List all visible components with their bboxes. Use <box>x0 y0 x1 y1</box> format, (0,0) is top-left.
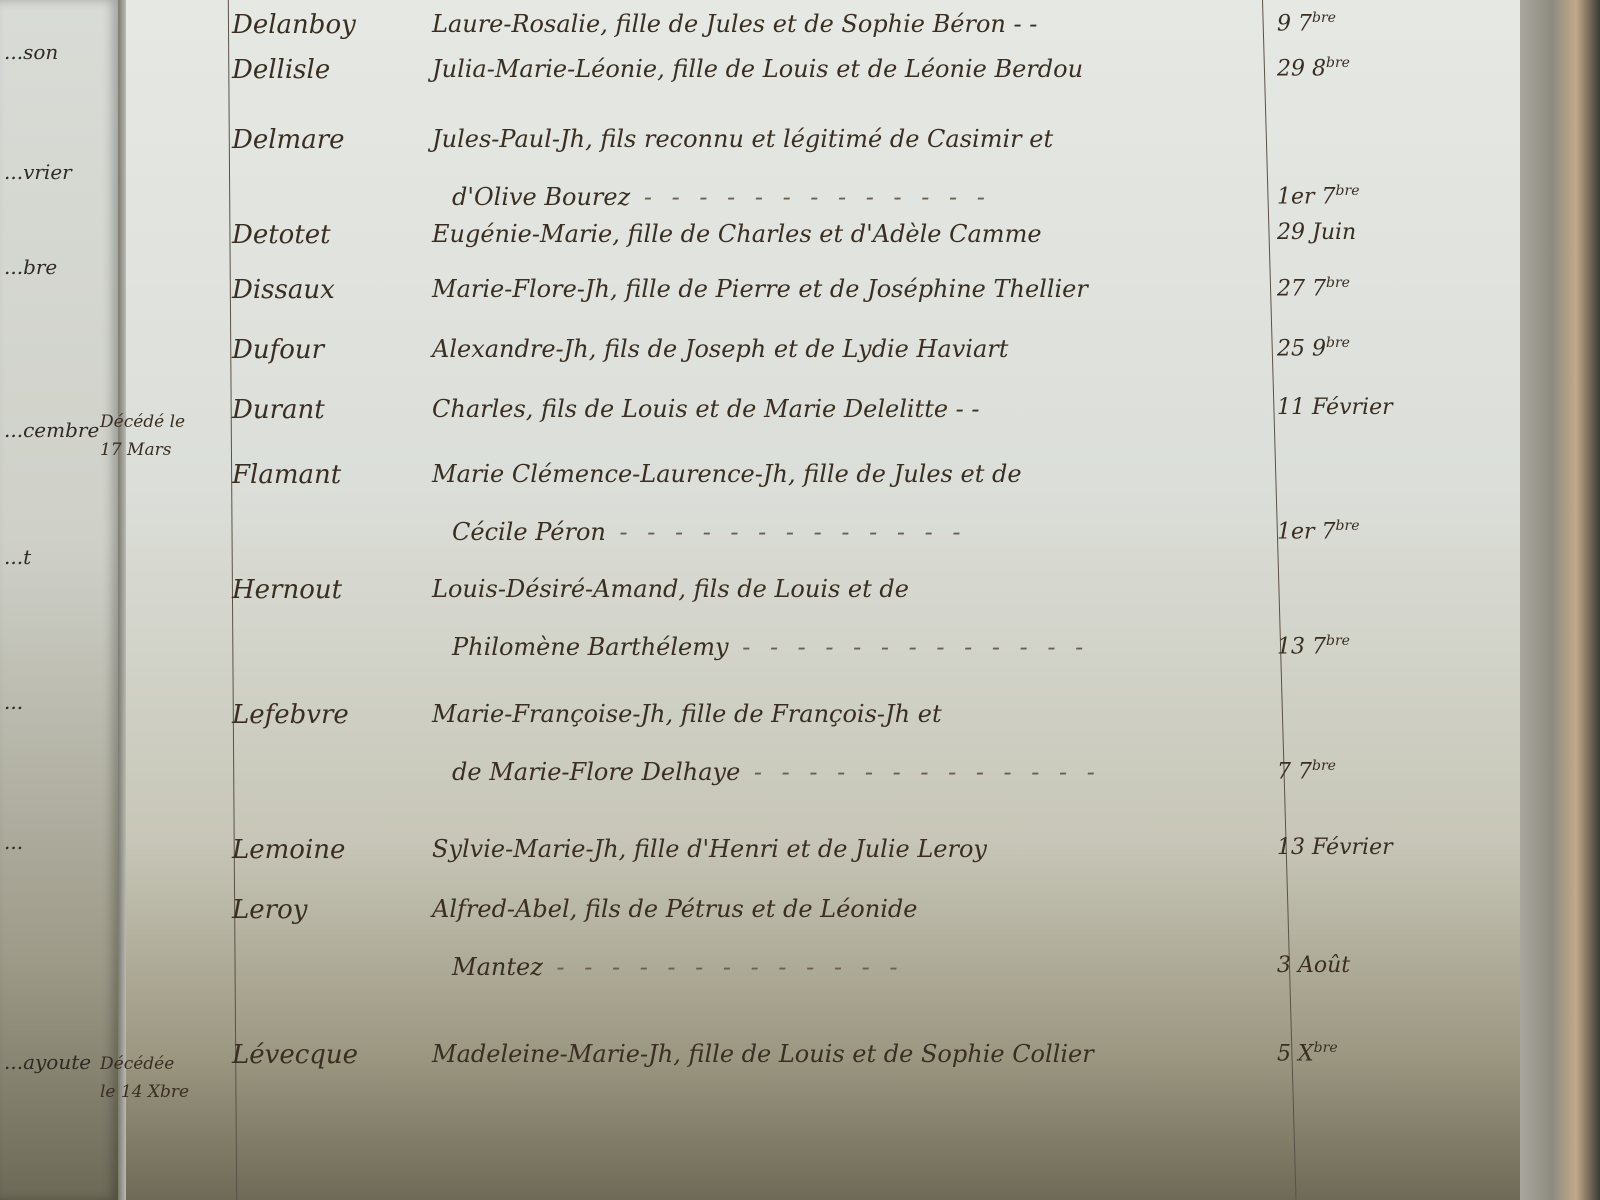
left-page-fragment: ... <box>4 830 23 854</box>
date-day: 13 <box>1277 835 1305 860</box>
left-page-fragment: ...t <box>4 545 31 569</box>
entry-date: 5 Xbre <box>1277 1040 1477 1066</box>
date-month: Juin <box>1312 220 1356 245</box>
entry-surname: Lemoine <box>232 835 422 865</box>
date-month: 7 <box>1322 184 1336 209</box>
entry-given-names: Alexandre-Jh, fils de Joseph et de Lydie… <box>432 335 1232 363</box>
entry-surname: Detotet <box>232 220 422 250</box>
date-day: 5 <box>1277 1041 1291 1066</box>
entry-given-names: Marie Clémence-Laurence-Jh, fille de Jul… <box>432 460 1232 488</box>
book-gutter <box>118 0 126 1200</box>
date-month-suffix: bre <box>1326 55 1350 71</box>
date-month: Février <box>1312 395 1393 420</box>
entry-date: 29 8bre <box>1277 55 1477 81</box>
entry-surname: Flamant <box>232 460 422 490</box>
entry-surname: Lefebvre <box>232 700 422 730</box>
left-page-fragment: ...bre <box>4 255 57 279</box>
date-day: 25 <box>1277 336 1305 361</box>
entry-continuation: Mantez - - - - - - - - - - - - - <box>452 953 903 981</box>
entry-date: 7 7bre <box>1277 758 1477 784</box>
margin-note: Décédé le17 Mars <box>100 408 210 464</box>
date-month-suffix: bre <box>1336 183 1360 199</box>
entry-date: 1er 7bre <box>1277 518 1477 544</box>
dashed-filler: - - - - - - - - - - - - - <box>630 183 991 211</box>
entry-given-names: Alfred-Abel, fils de Pétrus et de Léonid… <box>432 895 1232 923</box>
date-day: 13 <box>1277 634 1305 659</box>
margin-note-line: 17 Mars <box>100 436 210 464</box>
entry-date: 9 7bre <box>1277 10 1477 36</box>
left-page-fragment: ... <box>4 690 23 714</box>
date-month: 8 <box>1312 56 1326 81</box>
entry-given-names: Marie-Flore-Jh, fille de Pierre et de Jo… <box>432 275 1232 303</box>
date-month: Août <box>1298 953 1350 978</box>
entry-given-names: Jules-Paul-Jh, fils reconnu et légitimé … <box>432 125 1232 153</box>
date-day: 7 <box>1277 759 1291 784</box>
entry-given-names: Louis-Désiré-Amand, fils de Louis et de <box>432 575 1232 603</box>
dashed-filler: - - - - - - - - - - - - - <box>740 758 1101 786</box>
left-page-fragment: ...cembre <box>4 418 99 442</box>
date-day: 9 <box>1277 11 1291 36</box>
date-month: 7 <box>1312 634 1326 659</box>
date-month-suffix: bre <box>1326 633 1350 649</box>
date-month: X <box>1298 1041 1314 1066</box>
entry-continuation: de Marie-Flore Delhaye - - - - - - - - -… <box>452 758 1101 786</box>
entry-surname: Delanboy <box>232 10 422 40</box>
entry-date: 13 7bre <box>1277 633 1477 659</box>
date-day: 1er <box>1277 519 1315 544</box>
entry-given-names: Marie-Françoise-Jh, fille de François-Jh… <box>432 700 1232 728</box>
date-month: 7 <box>1298 759 1312 784</box>
left-page-fragment: ...ayoute <box>4 1050 91 1074</box>
entry-given-names: Charles, fils de Louis et de Marie Delel… <box>432 395 1232 423</box>
date-month: 7 <box>1312 276 1326 301</box>
entry-continuation-text: de Marie-Flore Delhaye <box>452 758 740 786</box>
entry-continuation: Philomène Barthélemy - - - - - - - - - -… <box>452 633 1089 661</box>
date-month-suffix: bre <box>1312 10 1336 26</box>
margin-note-line: Décédée <box>100 1050 210 1078</box>
entry-surname: Dufour <box>232 335 422 365</box>
date-day: 3 <box>1277 953 1291 978</box>
entry-continuation-text: Philomène Barthélemy <box>452 633 729 661</box>
entry-given-names: Sylvie-Marie-Jh, fille d'Henri et de Jul… <box>432 835 1232 863</box>
left-page-fragment: ...son <box>4 40 58 64</box>
margin-note-line: le 14 Xbre <box>100 1078 210 1106</box>
date-month-suffix: bre <box>1312 758 1336 774</box>
entry-surname: Leroy <box>232 895 422 925</box>
entry-given-names: Julia-Marie-Léonie, fille de Louis et de… <box>432 55 1232 83</box>
date-day: 11 <box>1277 395 1305 420</box>
entry-date: 13 Février <box>1277 835 1477 860</box>
entry-date: 27 7bre <box>1277 275 1477 301</box>
dashed-filler: - - - - - - - - - - - - - <box>606 518 967 546</box>
date-month: 7 <box>1322 519 1336 544</box>
date-month-suffix: bre <box>1326 335 1350 351</box>
entry-surname: Durant <box>232 395 422 425</box>
entry-surname: Dellisle <box>232 55 422 85</box>
date-day: 1er <box>1277 184 1315 209</box>
date-day: 29 <box>1277 56 1305 81</box>
dashed-filler: - - - - - - - - - - - - - <box>729 633 1090 661</box>
margin-note-line: Décédé le <box>100 408 210 436</box>
entry-continuation-text: d'Olive Bourez <box>452 183 630 211</box>
date-month-suffix: bre <box>1326 275 1350 291</box>
entry-continuation-text: Mantez <box>452 953 543 981</box>
date-month: 7 <box>1298 11 1312 36</box>
left-page-fragment: ...vrier <box>4 160 72 184</box>
entry-surname: Delmare <box>232 125 422 155</box>
entry-given-names: Laure-Rosalie, fille de Jules et de Soph… <box>432 10 1232 38</box>
date-day: 27 <box>1277 276 1305 301</box>
entry-date: 25 9bre <box>1277 335 1477 361</box>
date-month-suffix: bre <box>1314 1040 1338 1056</box>
entry-surname: Hernout <box>232 575 422 605</box>
book-edge <box>1520 0 1600 1200</box>
entry-surname: Dissaux <box>232 275 422 305</box>
entry-date: 3 Août <box>1277 953 1477 978</box>
entry-continuation: d'Olive Bourez - - - - - - - - - - - - - <box>452 183 991 211</box>
entry-surname: Lévecque <box>232 1040 422 1070</box>
dashed-filler: - - - - - - - - - - - - - <box>543 953 904 981</box>
date-month-suffix: bre <box>1336 518 1360 534</box>
entry-date: 29 Juin <box>1277 220 1477 245</box>
margin-note: Décédéele 14 Xbre <box>100 1050 210 1106</box>
date-month: Février <box>1312 835 1393 860</box>
entry-given-names: Madeleine-Marie-Jh, fille de Louis et de… <box>432 1040 1232 1068</box>
entry-date: 11 Février <box>1277 395 1477 420</box>
entry-continuation: Cécile Péron - - - - - - - - - - - - - <box>452 518 966 546</box>
entry-continuation-text: Cécile Péron <box>452 518 606 546</box>
entry-given-names: Eugénie-Marie, fille de Charles et d'Adè… <box>432 220 1232 248</box>
date-month: 9 <box>1312 336 1326 361</box>
entry-date: 1er 7bre <box>1277 183 1477 209</box>
date-day: 29 <box>1277 220 1305 245</box>
